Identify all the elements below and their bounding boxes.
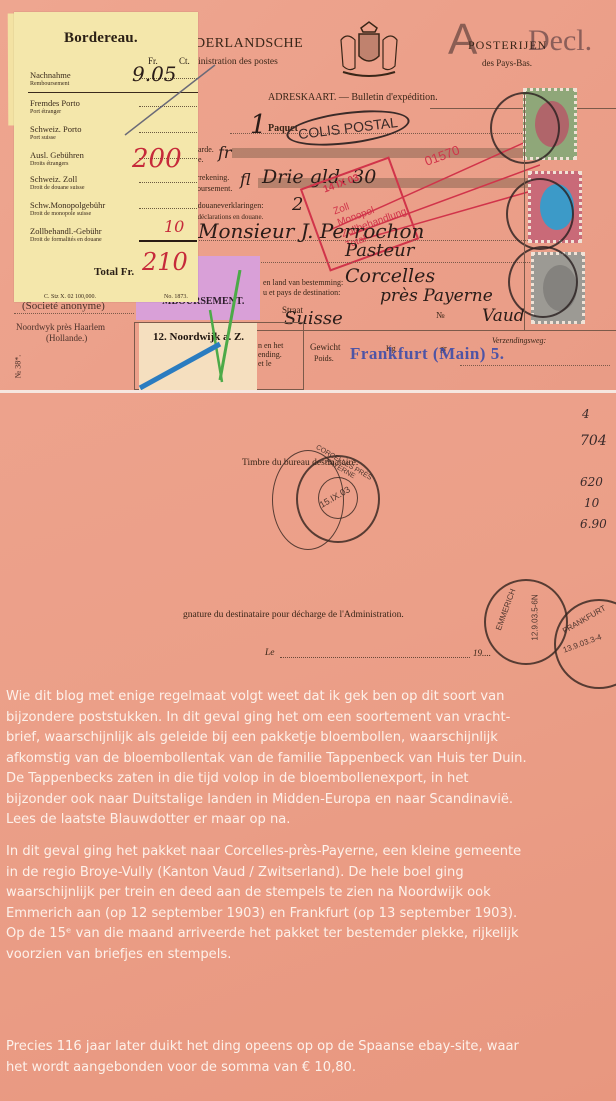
ausl-gebuehren-value: 200 — [132, 144, 182, 174]
remb-currency: fl — [240, 170, 251, 189]
no-label: № — [436, 310, 445, 320]
dest-label-2: u et pays de destination: — [263, 288, 340, 298]
pencil-note: 620 — [580, 475, 603, 489]
blog-paragraph-2: In dit geval ging het pakket naar Corcel… — [6, 842, 612, 965]
blog-paragraph-3: Precies 116 jaar later duikt het ding op… — [6, 1037, 612, 1078]
total-value: 210 — [142, 248, 188, 276]
bordereau-number: No. 1873. — [164, 294, 188, 300]
dotted-line — [460, 365, 610, 366]
paquet-count: 1 — [250, 110, 267, 140]
douane-count: 2 — [292, 194, 303, 215]
total-label: Total Fr. — [94, 266, 134, 278]
signature-label: gnature du destinataire pour décharge de… — [183, 610, 404, 620]
zollbehandl-value: 10 — [164, 217, 184, 236]
addressee-town: près Payerne — [380, 286, 493, 306]
valeur-currency: fr — [218, 143, 232, 162]
bordereau-row: Schw.MonopolgebührDroit de monopole suis… — [30, 200, 190, 218]
valeur-label-1: arde. — [198, 145, 214, 155]
form-number: № 38*. — [13, 355, 22, 379]
addressee-canton: Vaud — [482, 306, 525, 326]
addressee-title: Pasteur — [345, 240, 414, 261]
postmark-ring — [508, 246, 578, 318]
remb-label-2: boursement. — [193, 184, 232, 194]
addressee-place: Corcelles — [345, 265, 435, 287]
valeur-label-2: e. — [198, 155, 204, 165]
blog-paragraph-1: Wie dit blog met enige regelmaat volgt w… — [6, 687, 612, 831]
parcel-card-front: EDERLANDSCHE dministration des postes A … — [0, 0, 616, 390]
dotted-line — [14, 313, 134, 314]
sender-country: (Hollande.) — [46, 333, 87, 343]
rule — [524, 94, 525, 330]
le-label: Le — [265, 648, 275, 658]
sender-place: Noordwyk près Haarlem — [16, 322, 105, 332]
postmark-ring — [506, 178, 574, 250]
pencil-note: 10 — [584, 496, 599, 510]
bordereau-slip: Bordereau. Fr. Ct. NachnahmeRemboursemen… — [14, 12, 198, 302]
total-rule — [139, 240, 197, 242]
dest-label-1: en land van bestemming: — [263, 278, 343, 288]
header-pays-bas: des Pays-Bas. — [482, 58, 532, 68]
bordereau-row: Schweiz. ZollDroit de douane suisse — [30, 174, 190, 192]
year-label: 19.... — [473, 648, 491, 658]
pencil-note: 630 — [570, 393, 597, 397]
pencil-slash — [120, 60, 220, 140]
pencil-note: 4 — [582, 407, 590, 421]
remb-label-1: errekening. — [193, 173, 229, 183]
emmerich-date: 12.9.03.5-6N — [531, 594, 540, 640]
postmark-ring — [490, 92, 560, 164]
gewicht-label: Gewicht — [310, 342, 341, 352]
pencil-note: 6.90 — [580, 517, 607, 531]
bordereau-print-code: C. Stz X. 02 100,000. — [44, 294, 96, 300]
decl-cachet: Decl. — [528, 24, 592, 58]
dotted-line — [139, 208, 197, 209]
paragraph-text: In dit geval ging het pakket naar Corcel… — [6, 842, 612, 965]
poids-label: Poids. — [314, 354, 334, 364]
frankfurt-cachet: Frankfurt (Main) 5. — [350, 344, 504, 364]
pencil-note: 704 — [580, 433, 607, 449]
header-country: EDERLANDSCHE — [186, 36, 303, 52]
bordereau-title: Bordereau. — [64, 30, 138, 47]
dotted-line — [139, 182, 197, 183]
coat-of-arms-icon — [333, 20, 405, 82]
card-title: ADRESKAART. — Bulletin d'expédition. — [268, 92, 438, 103]
date-line — [280, 657, 470, 658]
douane-label-1: r douaneverklaringen: — [193, 201, 263, 211]
paragraph-text: Precies 116 jaar later duikt het ding op… — [6, 1037, 612, 1078]
paragraph-text: Wie dit blog met enige regelmaat volgt w… — [6, 687, 612, 831]
